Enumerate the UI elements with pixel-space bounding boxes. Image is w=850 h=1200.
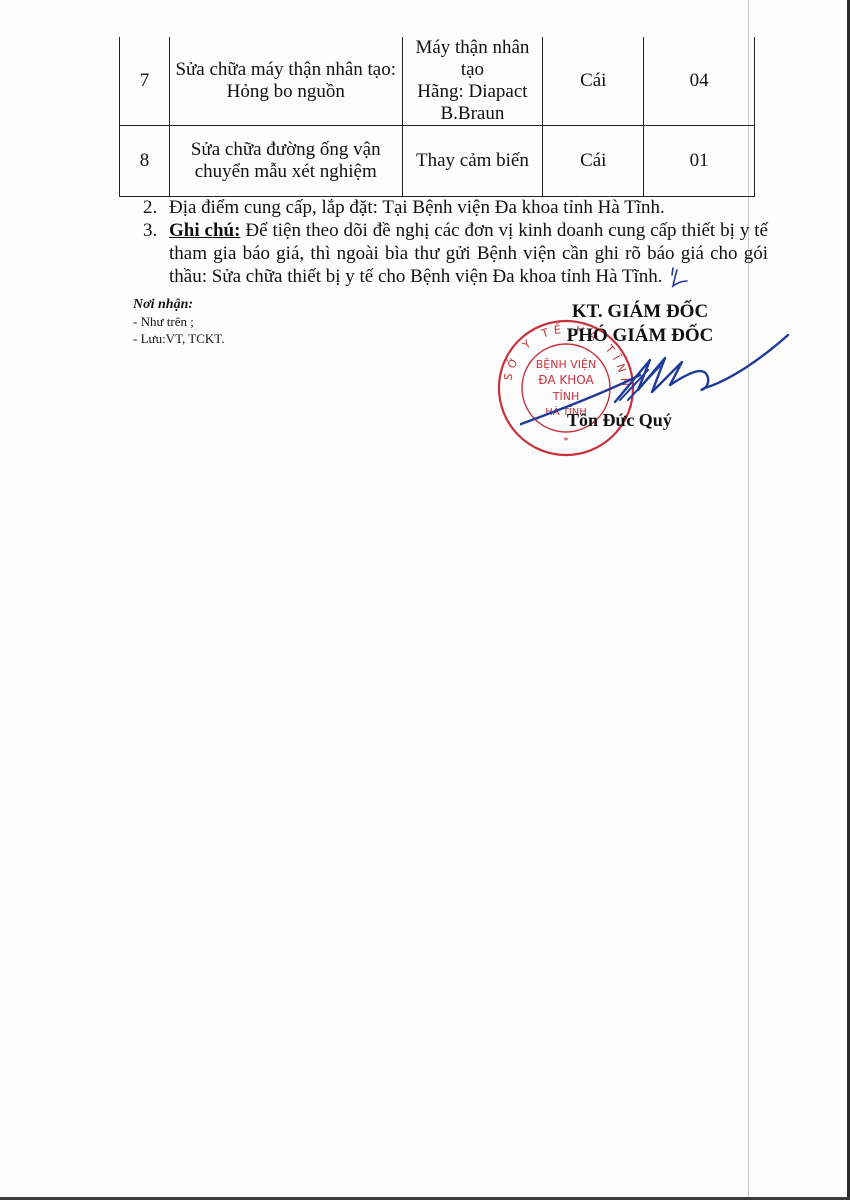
note-remark: 3. Ghi chú: Để tiện theo dõi đề nghị các… — [143, 219, 768, 288]
cell-quantity: 04 — [644, 37, 755, 126]
cell-unit: Cái — [543, 126, 644, 197]
note-number: 3. — [143, 219, 169, 288]
recipient-item: - Lưu:VT, TCKT. — [133, 330, 225, 347]
cell-description: Sửa chữa máy thận nhân tạo: Hỏng bo nguồ… — [169, 37, 402, 126]
cell-quantity: 01 — [644, 126, 755, 197]
note-text: Địa điểm cung cấp, lắp đặt: Tại Bệnh việ… — [169, 196, 768, 219]
cell-equipment: Thay cảm biến — [402, 126, 543, 197]
note-body: Ghi chú: Để tiện theo dõi đề nghị các đơ… — [169, 219, 768, 288]
repair-items-table: 7 Sửa chữa máy thận nhân tạo: Hỏng bo ng… — [119, 37, 755, 197]
cell-description: Sửa chữa đường ống vận chuyển mẫu xét ng… — [169, 126, 402, 197]
signature-title-line1: KT. GIÁM ĐỐC — [520, 300, 760, 324]
cell-equipment: Máy thận nhân tạo Hãng: Diapact B.Braun — [402, 37, 543, 126]
note-label: Ghi chú: — [169, 220, 240, 241]
notes-section: 2. Địa điểm cung cấp, lắp đặt: Tại Bệnh … — [143, 196, 768, 288]
table-row: 7 Sửa chữa máy thận nhân tạo: Hỏng bo ng… — [120, 37, 755, 126]
recipients-heading: Nơi nhận: — [133, 296, 225, 313]
note-number: 2. — [143, 196, 169, 219]
recipients-block: Nơi nhận: - Như trên ; - Lưu:VT, TCKT. — [133, 296, 225, 347]
handwritten-initial-icon — [667, 266, 691, 288]
cell-stt: 8 — [120, 126, 170, 197]
cell-unit: Cái — [543, 37, 644, 126]
recipient-item: - Như trên ; — [133, 313, 225, 330]
table-row: 8 Sửa chữa đường ống vận chuyển mẫu xét … — [120, 126, 755, 197]
note-delivery-location: 2. Địa điểm cung cấp, lắp đặt: Tại Bệnh … — [143, 196, 768, 219]
cell-stt: 7 — [120, 37, 170, 126]
signer-name: Tôn Đức Quý — [567, 410, 672, 431]
